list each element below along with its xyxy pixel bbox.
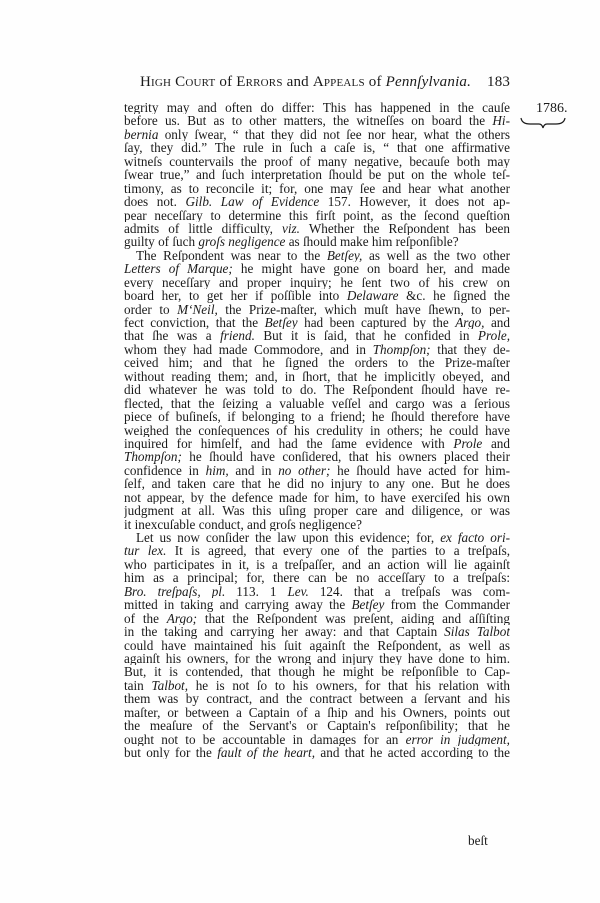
- text-segment: who participates in it, is a treſpaſſer,…: [124, 558, 510, 571]
- text-segment: mitted in taking and carrying away the: [124, 598, 351, 611]
- text-segment: weighed the conſequences of his credulit…: [124, 424, 510, 437]
- text-segment: timony, as to reconcile it; for, one may…: [124, 182, 510, 195]
- text-segment: tain: [124, 679, 151, 692]
- italic-text: Betſey: [265, 316, 298, 329]
- text-line: who participates in it, is a treſpaſſer,…: [124, 558, 510, 571]
- running-head-of-2: of: [365, 74, 386, 90]
- text-line: But, it is contended, that though he mig…: [124, 665, 510, 678]
- text-line: could have maintained his ſuit againſt t…: [124, 639, 510, 652]
- text-segment: he is not ſo to his owners, for that his…: [188, 679, 510, 692]
- page-number: 183: [487, 74, 510, 91]
- text-segment: againſt his owners, for the wrong and in…: [124, 652, 510, 665]
- italic-text: Prole,: [478, 329, 510, 342]
- text-segment: piece of buſineſs, if belonging to a fri…: [124, 410, 510, 423]
- italic-text: Lev.: [287, 585, 308, 598]
- text-segment: without reading them; and, in ſhort, tha…: [124, 370, 510, 383]
- text-segment: he might have gone on board her, and mad…: [233, 262, 510, 275]
- text-segment: It is agreed, that every one of the part…: [166, 544, 510, 557]
- running-head-appeals: Appeals: [313, 74, 365, 90]
- text-line: board her, to get her if poſſible into D…: [124, 289, 510, 302]
- running-head-errors: Errors: [236, 74, 282, 90]
- text-segment: &c. he ſigned the: [398, 289, 510, 302]
- italic-text: viz.: [282, 222, 300, 235]
- italic-text: ex facto ori-: [440, 531, 510, 544]
- text-line: Bro. treſpaſs, pl. 113. 1 Lev. 124. that…: [124, 585, 510, 598]
- text-line: admits of little difficulty, viz. Whethe…: [124, 222, 510, 235]
- text-line: The Reſpondent was near to the Betſey, a…: [124, 249, 510, 262]
- text-line: whom they had made Commodore, and in Tho…: [124, 343, 510, 356]
- text-segment: flected, that the ſeizing a valuable veſ…: [124, 397, 510, 410]
- italic-text: M‘Neil,: [177, 303, 218, 316]
- text-line: tain Talbot, he is not ſo to his owners,…: [124, 679, 510, 692]
- text-line: flected, that the ſeizing a valuable veſ…: [124, 397, 510, 410]
- text-line: but only for the fault of the heart, and…: [124, 746, 510, 759]
- text-segment: that the Reſpondent was preſent, aiding …: [197, 612, 510, 625]
- text-segment: But, it is contended, that though he mig…: [124, 665, 510, 678]
- text-line: them was by contract, and the contract b…: [124, 692, 510, 705]
- text-line: weighed the conſequences of his credulit…: [124, 424, 510, 437]
- text-segment: had been captured by the: [298, 316, 456, 329]
- italic-text: Argo,: [455, 316, 484, 329]
- text-segment: them was by contract, and the contract b…: [124, 692, 510, 705]
- italic-text: friend.: [220, 329, 255, 342]
- curly-brace-icon: [520, 117, 566, 129]
- running-head: High Court of Errors and Appeals of Penn…: [140, 74, 540, 96]
- text-segment: ſelf, and taken care that he did no inju…: [124, 477, 510, 490]
- text-segment: every neceſſary and proper inquiry; he ſ…: [124, 276, 510, 289]
- text-segment: admits of little difficulty,: [124, 222, 282, 235]
- text-line: it inexcuſable conduct, and groſs neglig…: [124, 518, 510, 531]
- running-head-and: and: [283, 74, 313, 90]
- text-segment: ceived him; and that he ſigned the order…: [124, 356, 510, 369]
- text-line: in the taking and carrying her away: and…: [124, 625, 510, 638]
- text-line: Let us now conſider the law upon this ev…: [124, 531, 510, 544]
- text-line: of the Argo; that the Reſpondent was pre…: [124, 612, 510, 625]
- text-segment: tegrity may and often do differ: This ha…: [124, 101, 510, 114]
- italic-text: Thompſon;: [373, 343, 431, 356]
- text-segment: ſay, they did.” The rule in ſuch a caſe …: [124, 141, 510, 154]
- text-line: ſay, they did.” The rule in ſuch a caſe …: [124, 141, 510, 154]
- italic-text: Betſey: [351, 598, 384, 611]
- text-segment: judgment at all. Was this uſing proper c…: [124, 504, 510, 517]
- text-segment: only ſwear, “ that they did not ſee nor …: [158, 128, 510, 141]
- text-segment: whom they had made Commodore, and in: [124, 343, 373, 356]
- italic-text: error in judgment,: [406, 733, 510, 746]
- text-segment: guilty of ſuch: [124, 235, 198, 248]
- text-line: Letters of Marque; he might have gone on…: [124, 262, 510, 275]
- text-segment: the meaſure of the Servant's or Captain'…: [124, 719, 510, 732]
- margin-year-note: 1786.: [536, 101, 568, 117]
- text-segment: 124. that a treſpaſs was com-: [309, 585, 510, 598]
- text-line: guilty of ſuch groſs negligence as ſhoul…: [124, 235, 510, 248]
- text-line: every neceſſary and proper inquiry; he ſ…: [124, 276, 510, 289]
- running-head-court: High Court: [140, 74, 215, 90]
- italic-text: Letters of Marque;: [124, 262, 233, 275]
- text-line: ought not to be accountable in damages f…: [124, 733, 510, 746]
- text-segment: 157. However, it does not ap-: [319, 195, 510, 208]
- text-segment: did whatever he was told to do. The Reſp…: [124, 383, 510, 396]
- text-segment: that ſhe was a: [124, 329, 220, 342]
- running-head-state: Pennſylvania.: [386, 74, 472, 90]
- text-line: order to M‘Neil, the Prize-maſter, which…: [124, 303, 510, 316]
- text-segment: confidence in: [124, 464, 206, 477]
- text-line: ſelf, and taken care that he did no inju…: [124, 477, 510, 490]
- italic-text: Talbot,: [151, 679, 188, 692]
- text-segment: not appear, by the defence made for him,…: [124, 491, 510, 504]
- italic-text: Thompſon;: [124, 450, 182, 463]
- italic-text: him,: [206, 464, 229, 477]
- italic-text: Hi-: [492, 114, 510, 127]
- text-line: timony, as to reconcile it; for, one may…: [124, 182, 510, 195]
- text-line: tegrity may and often do differ: This ha…: [124, 101, 510, 114]
- text-segment: from the Commander: [384, 598, 510, 611]
- text-line: did whatever he was told to do. The Reſp…: [124, 383, 510, 396]
- text-segment: order to: [124, 303, 177, 316]
- text-segment: The Reſpondent was near to the: [136, 249, 327, 262]
- text-segment: as ſhould make him reſponſible?: [285, 235, 458, 248]
- text-segment: fect conviction, that the: [124, 316, 265, 329]
- text-line: tur lex. It is agreed, that every one of…: [124, 544, 510, 557]
- text-segment: Let us now conſider the law upon this ev…: [136, 531, 440, 544]
- text-line: the meaſure of the Servant's or Captain'…: [124, 719, 510, 732]
- text-line: confidence in him, and in no other; he ſ…: [124, 464, 510, 477]
- italic-text: no other;: [278, 464, 330, 477]
- text-segment: he ſhould have conſidered, that his owne…: [182, 450, 510, 463]
- text-line: does not. Gilb. Law of Evidence 157. How…: [124, 195, 510, 208]
- text-segment: 113. 1: [225, 585, 287, 598]
- text-segment: inquired for himſelf, and had the ſame e…: [124, 437, 453, 450]
- italic-text: Prole: [453, 437, 482, 450]
- text-segment: as well as the two other: [362, 249, 510, 262]
- text-segment: it inexcuſable conduct, and groſs neglig…: [124, 518, 362, 531]
- text-segment: before us. But as to other matters, the …: [124, 114, 492, 127]
- text-segment: could have maintained his ſuit againſt t…: [124, 639, 510, 652]
- text-line: maſter, or between a Captain of a ſhip a…: [124, 706, 510, 719]
- text-segment: and: [484, 316, 510, 329]
- text-line: that ſhe was a friend. But it is ſaid, t…: [124, 329, 510, 342]
- text-segment: maſter, or between a Captain of a ſhip a…: [124, 706, 510, 719]
- text-segment: ſwear true,” and ſuch interpretation ſho…: [124, 168, 510, 181]
- text-line: bernia only ſwear, “ that they did not ſ…: [124, 128, 510, 141]
- italic-text: Argo;: [167, 612, 197, 625]
- text-segment: he ſhould have acted for him-: [330, 464, 510, 477]
- text-segment: Whether the Reſpondent has been: [300, 222, 510, 235]
- text-segment: him as a principal; for, there can be no…: [124, 571, 510, 584]
- italic-text: fault of the heart,: [217, 746, 315, 759]
- text-segment: witneſs countervails the proof of many n…: [124, 155, 510, 168]
- text-line: him as a principal; for, there can be no…: [124, 571, 510, 584]
- text-segment: in the taking and carrying her away: and…: [124, 625, 444, 638]
- document-page: High Court of Errors and Appeals of Penn…: [0, 0, 600, 903]
- text-line: Thompſon; he ſhould have conſidered, tha…: [124, 450, 510, 463]
- text-segment: does not.: [124, 195, 185, 208]
- text-segment: board her, to get her if poſſible into: [124, 289, 347, 302]
- text-segment: and: [482, 437, 510, 450]
- text-segment: but only for the: [124, 746, 217, 759]
- italic-text: tur lex.: [124, 544, 166, 557]
- italic-text: Betſey,: [327, 249, 363, 262]
- text-segment: ought not to be accountable in damages f…: [124, 733, 406, 746]
- catchword: beſt: [468, 833, 488, 849]
- text-segment: of the: [124, 612, 167, 625]
- text-line: before us. But as to other matters, the …: [124, 114, 510, 127]
- running-head-of: of: [215, 74, 236, 90]
- text-segment: pear neceſſary to determine this firſt p…: [124, 209, 510, 222]
- italic-text: Bro. treſpaſs, pl.: [124, 585, 225, 598]
- text-segment: and that he acted according to the: [315, 746, 510, 759]
- text-segment: the Prize-maſter, which muſt have ſhewn,…: [218, 303, 510, 316]
- italic-text: Silas Talbot: [444, 625, 510, 638]
- text-line: witneſs countervails the proof of many n…: [124, 155, 510, 168]
- text-segment: that they de-: [431, 343, 510, 356]
- text-segment: But it is ſaid, that he confided in: [255, 329, 478, 342]
- text-segment: and in: [229, 464, 279, 477]
- text-line: ceived him; and that he ſigned the order…: [124, 356, 510, 369]
- text-line: mitted in taking and carrying away the B…: [124, 598, 510, 611]
- text-line: fect conviction, that the Betſey had bee…: [124, 316, 510, 329]
- italic-text: groſs negligence: [198, 235, 285, 248]
- text-line: inquired for himſelf, and had the ſame e…: [124, 437, 510, 450]
- italic-text: bernia: [124, 128, 158, 141]
- text-line: pear neceſſary to determine this firſt p…: [124, 209, 510, 222]
- text-line: ſwear true,” and ſuch interpretation ſho…: [124, 168, 510, 181]
- italic-text: Delaware: [347, 289, 399, 302]
- body-text: tegrity may and often do differ: This ha…: [124, 101, 510, 759]
- text-line: judgment at all. Was this uſing proper c…: [124, 504, 510, 517]
- text-line: without reading them; and, in ſhort, tha…: [124, 370, 510, 383]
- italic-text: Gilb. Law of Evidence: [185, 195, 319, 208]
- text-line: not appear, by the defence made for him,…: [124, 491, 510, 504]
- text-line: piece of buſineſs, if belonging to a fri…: [124, 410, 510, 423]
- text-line: againſt his owners, for the wrong and in…: [124, 652, 510, 665]
